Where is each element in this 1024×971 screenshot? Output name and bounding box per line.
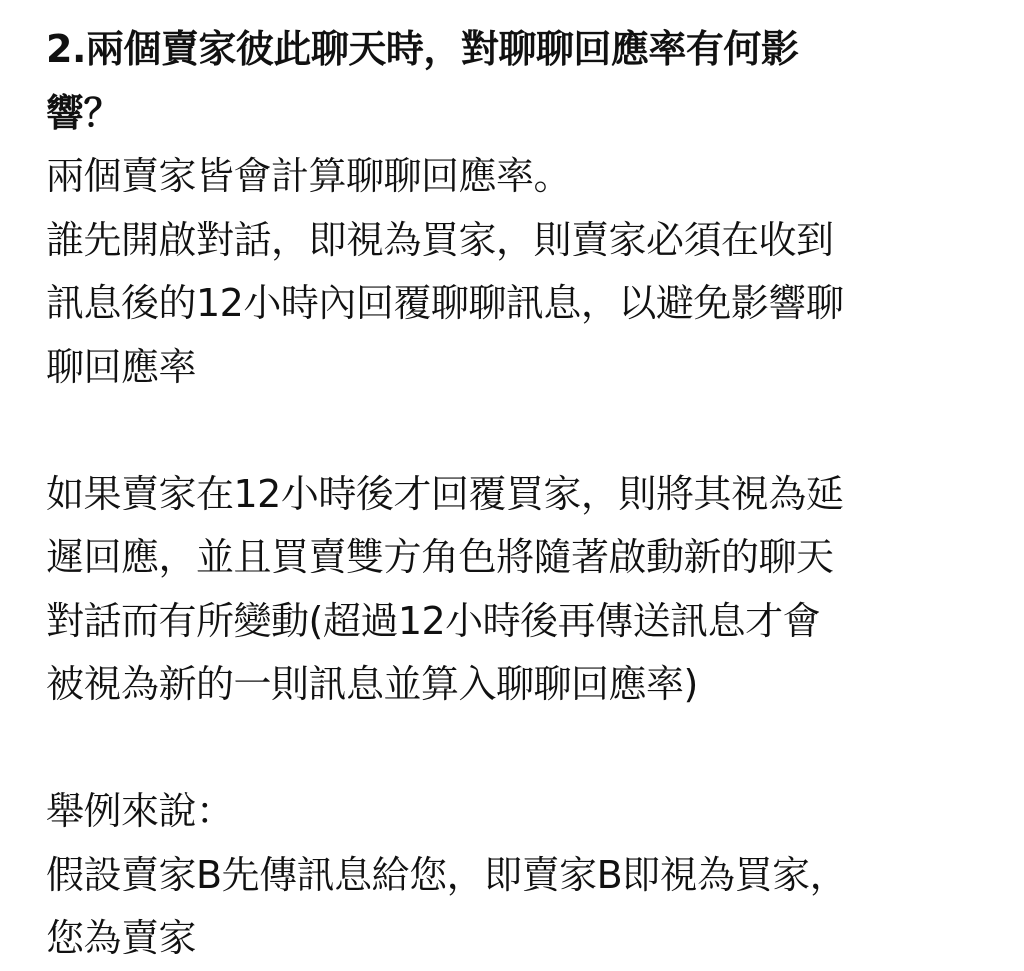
text-line: 如果賣家在12小時後才回覆買家，則將其視為延 xyxy=(46,463,986,527)
answer-paragraph-2: 如果賣家在12小時後才回覆買家，則將其視為延 遲回應，並且買賣雙方角色將隨著啟動… xyxy=(46,463,986,717)
faq-document: 2.兩個賣家彼此聊天時，對聊聊回應率有何影 響？ 兩個賣家皆會計算聊聊回應率。 … xyxy=(46,18,986,971)
question-title: 2.兩個賣家彼此聊天時，對聊聊回應率有何影 響？ xyxy=(46,18,986,145)
text-line: 誰先開啟對話，即視為買家，則賣家必須在收到 xyxy=(46,209,986,273)
answer-paragraph-1: 兩個賣家皆會計算聊聊回應率。 誰先開啟對話，即視為買家，則賣家必須在收到 訊息後… xyxy=(46,145,986,399)
text-line: 兩個賣家皆會計算聊聊回應率。 xyxy=(46,145,986,209)
paragraph-spacer xyxy=(46,717,986,781)
text-line: 訊息後的12小時內回覆聊聊訊息，以避免影響聊 xyxy=(46,272,986,336)
title-line: 2.兩個賣家彼此聊天時，對聊聊回應率有何影 xyxy=(46,18,986,82)
paragraph-spacer xyxy=(46,399,986,463)
text-line: 遲回應，並且買賣雙方角色將隨著啟動新的聊天 xyxy=(46,526,986,590)
example-heading: 舉例來說： xyxy=(46,780,986,844)
title-line: 響？ xyxy=(46,82,986,146)
text-line: 您為賣家 xyxy=(46,907,986,971)
text-line: 被視為新的一則訊息並算入聊聊回應率) xyxy=(46,653,986,717)
text-line: 假設賣家B先傳訊息給您，即賣家B即視為買家， xyxy=(46,844,986,908)
text-line: 聊回應率 xyxy=(46,336,986,400)
example-paragraph: 舉例來說： 假設賣家B先傳訊息給您，即賣家B即視為買家， 您為賣家 xyxy=(46,780,986,971)
text-line: 對話而有所變動(超過12小時後再傳送訊息才會 xyxy=(46,590,986,654)
